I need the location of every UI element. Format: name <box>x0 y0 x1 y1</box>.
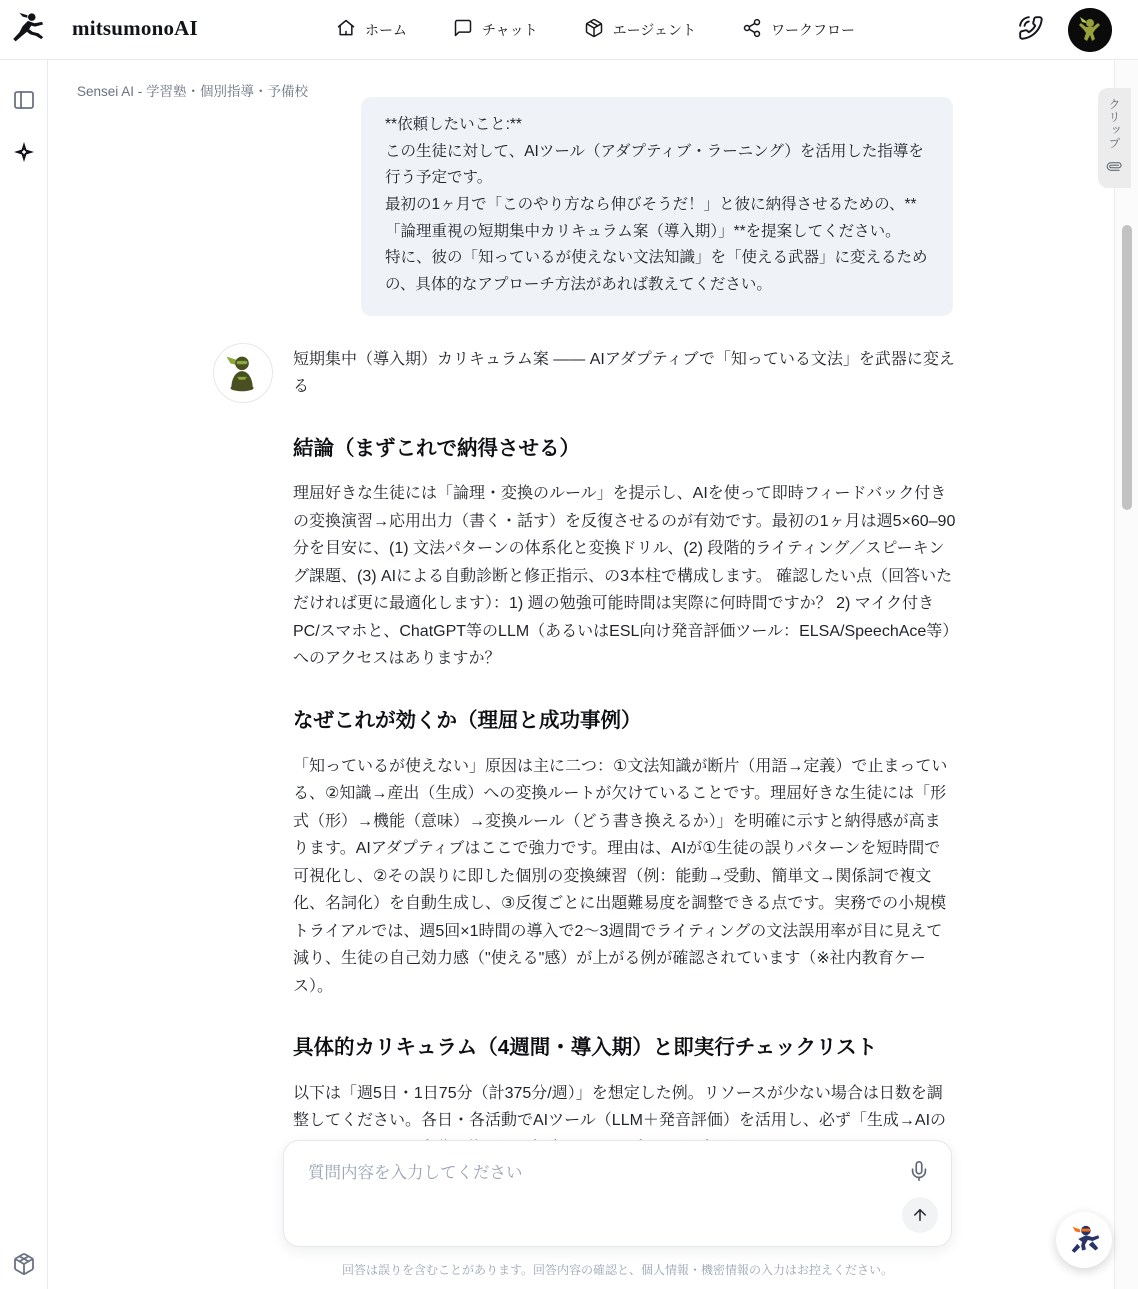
nav-label-agent: エージェント <box>613 20 696 40</box>
section-heading-why: なぜこれが効くか（理屈と成功事例） <box>293 707 956 736</box>
nav-item-home[interactable]: ホーム <box>336 18 407 43</box>
assistant-avatar <box>213 343 273 403</box>
ninja-logo-icon[interactable] <box>8 10 46 48</box>
arrow-up-icon <box>911 1206 929 1224</box>
nav-item-chat[interactable]: チャット <box>453 18 538 43</box>
sidebar-toggle-icon[interactable] <box>12 88 36 112</box>
user-message-line: この生徒に対して、AIツール（アダプティブ・ラーニング）を活用した指導を行う予定… <box>385 139 929 192</box>
ninja-widget-icon <box>1065 1221 1103 1259</box>
clip-side-tab[interactable]: クリップ <box>1098 88 1131 188</box>
message-list: **依頼したいこと:** この生徒に対して、AIツール（アダプティブ・ラーニング… <box>49 97 1114 1162</box>
clip-tab-label: クリップ <box>1106 98 1123 150</box>
paperclip-icon <box>1107 159 1122 179</box>
section-body-why: 「知っているが使えない」原因は主に二つ：①文法知識が断片（用語→定義）で止まって… <box>293 753 956 1001</box>
chat-content-area: Sensei AI - 学習塾・個別指導・予備校 **依頼したいこと:** この… <box>49 60 1114 1289</box>
chat-widget-button[interactable] <box>1056 1212 1112 1268</box>
agent-cube-icon <box>584 18 604 43</box>
chat-icon <box>453 18 473 43</box>
top-header: mitsumonoAI ホーム チャット <box>0 0 1138 60</box>
cube-sandbox-icon[interactable] <box>12 1252 36 1276</box>
user-avatar[interactable] <box>1068 8 1112 52</box>
mic-button[interactable] <box>905 1157 933 1185</box>
nav-item-workflow[interactable]: ワークフロー <box>742 18 855 43</box>
message-composer <box>283 1140 952 1247</box>
nav-item-agent[interactable]: エージェント <box>584 18 696 43</box>
nav-label-home: ホーム <box>365 20 407 40</box>
user-message-line: 最初の1ヶ月で「このやり方なら伸びそうだ！」と彼に納得させるための、**「論理重… <box>385 192 929 245</box>
app-window: mitsumonoAI ホーム チャット <box>0 0 1138 1289</box>
scrollbar-thumb[interactable] <box>1122 225 1132 510</box>
question-input[interactable] <box>308 1159 868 1229</box>
nav-label-chat: チャット <box>482 20 538 40</box>
nav-label-workflow: ワークフロー <box>771 20 855 40</box>
section-heading-curriculum: 具体的カリキュラム（4週間・導入期）と即実行チェックリスト <box>293 1034 956 1063</box>
assistant-message-body: 短期集中（導入期）カリキュラム案 —— AIアダプティブで「知っている文法」を武… <box>293 343 956 1163</box>
assistant-message: 短期集中（導入期）カリキュラム案 —— AIアダプティブで「知っている文法」を武… <box>213 343 1114 1163</box>
answer-disclaimer: 回答は誤りを含むことがあります。回答内容の確認と、個人情報・機密情報の入力はお控… <box>283 1261 952 1278</box>
home-icon <box>336 18 356 43</box>
scrollbar-track[interactable] <box>1114 60 1138 1289</box>
send-button[interactable] <box>902 1197 938 1233</box>
user-message-line: 特に、彼の「知っているが使えない文法知識」を「使える武器」に変えるための、具体的… <box>385 245 929 298</box>
left-rail <box>0 60 48 1289</box>
phone-contact-icon[interactable] <box>1018 15 1044 46</box>
main-nav: ホーム チャット エージェント <box>336 0 855 60</box>
sparkle-icon[interactable] <box>12 140 36 164</box>
user-message-line: **依頼したいこと:** <box>385 112 929 139</box>
section-heading-conclusion: 結論（まずこれで納得させる） <box>293 435 956 464</box>
app-title: mitsumonoAI <box>72 16 198 41</box>
user-message-bubble: **依頼したいこと:** この生徒に対して、AIツール（アダプティブ・ラーニング… <box>361 97 953 316</box>
header-right <box>1018 0 1112 60</box>
section-body-conclusion: 理屈好きな生徒には「論理・変換のルール」を提示し、AIを使って即時フィードバック… <box>293 480 956 673</box>
assistant-intro: 短期集中（導入期）カリキュラム案 —— AIアダプティブで「知っている文法」を武… <box>293 346 956 401</box>
workflow-share-icon <box>742 18 762 43</box>
